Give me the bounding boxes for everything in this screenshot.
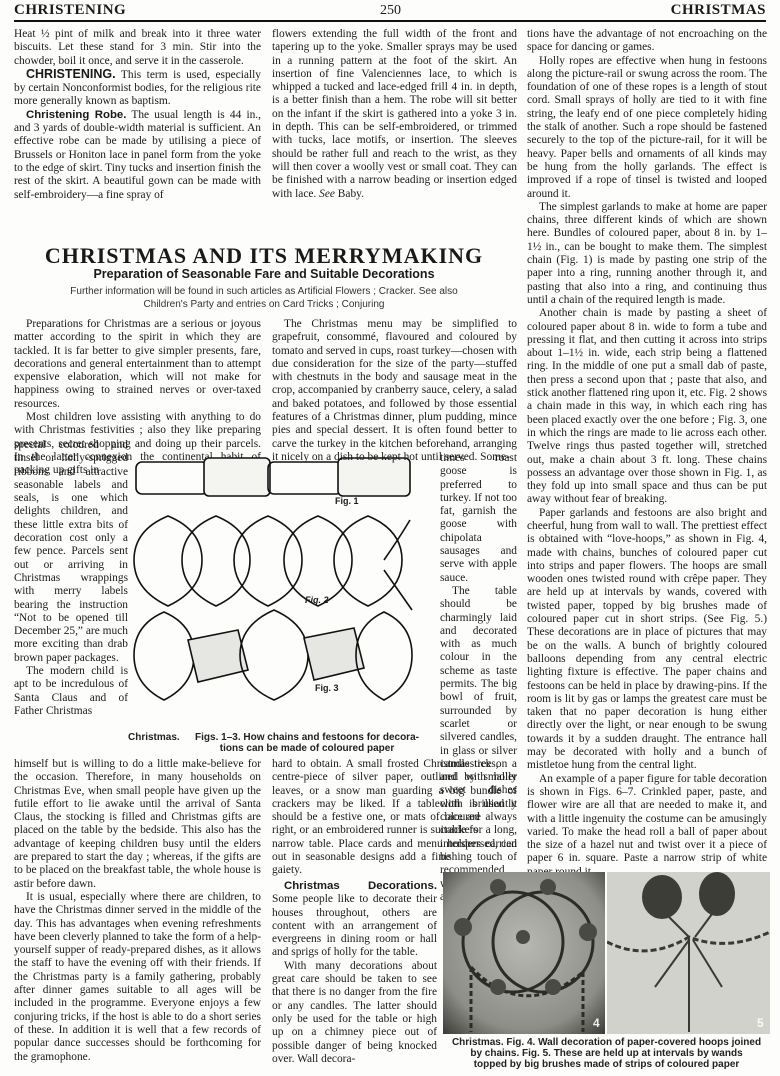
article-title: CHRISTMAS AND ITS MERRYMAKING [14, 243, 514, 269]
chains-caption-lead: Christmas. [128, 732, 190, 743]
paper-chains-illustration [128, 450, 440, 705]
page-number: 250 [380, 3, 401, 19]
article-column-2-bottom: Christmas Decorations. Some people like … [272, 880, 437, 1066]
cross-reference-baby: Baby. [335, 188, 364, 200]
article-column-1-narrow: special coloured and tinsel or holly-spr… [14, 439, 128, 718]
christening-column-1: Heat ½ pint of milk and break into it th… [14, 28, 261, 202]
photos-caption: Christmas. Fig. 4. Wall decoration of pa… [443, 1037, 770, 1070]
christening-term: CHRISTENING. [26, 67, 116, 81]
christening-column-2: flowers extending the full width of the … [272, 28, 517, 201]
fig-5-photo-wands: 5 [607, 872, 770, 1034]
christmas-decorations-term: Christmas Decorations. [284, 880, 437, 892]
christmas-decorations-entry: Christmas Decorations. Some people like … [272, 880, 437, 960]
article-column-2-middle: hard to obtain. A small frosted Christma… [272, 758, 517, 878]
header-rule [14, 20, 766, 22]
christening-robe-term: Christening Robe. [26, 109, 126, 121]
chains-caption: Figs. 1–3. How chains and festoons for d… [182, 732, 432, 754]
fig-4-number: 4 [593, 1016, 600, 1030]
article-column-3: tions have the advantage of not encroach… [527, 28, 767, 879]
fig-4-photo-hoops: 4 [443, 872, 605, 1034]
christening-entry: CHRISTENING. This term is used, especial… [14, 68, 261, 109]
running-head-right: CHRISTMAS [671, 2, 766, 19]
running-head-left: CHRISTENING [14, 2, 126, 19]
chowder-paragraph: Heat ½ pint of milk and break into it th… [14, 28, 261, 68]
fig-2-label: Fig. 2 [305, 595, 329, 605]
wands-drawing: 5 [607, 872, 770, 1034]
hoops-drawing: 4 [443, 872, 605, 1034]
christening-robe-entry: Christening Robe. The usual length is 44… [14, 109, 261, 202]
fig-1-label: Fig. 1 [335, 496, 359, 506]
article-column-2-top: The Christmas menu may be simplified to … [272, 318, 517, 464]
article-subtitle: Preparation of Seasonable Fare and Suita… [14, 267, 514, 281]
fig-5-number: 5 [757, 1016, 764, 1030]
fig-3-label: Fig. 3 [315, 683, 339, 693]
article-column-1-bottom: himself but is willing to do a little ma… [14, 758, 261, 1064]
cross-reference-note: Further information will be found in suc… [14, 285, 514, 311]
